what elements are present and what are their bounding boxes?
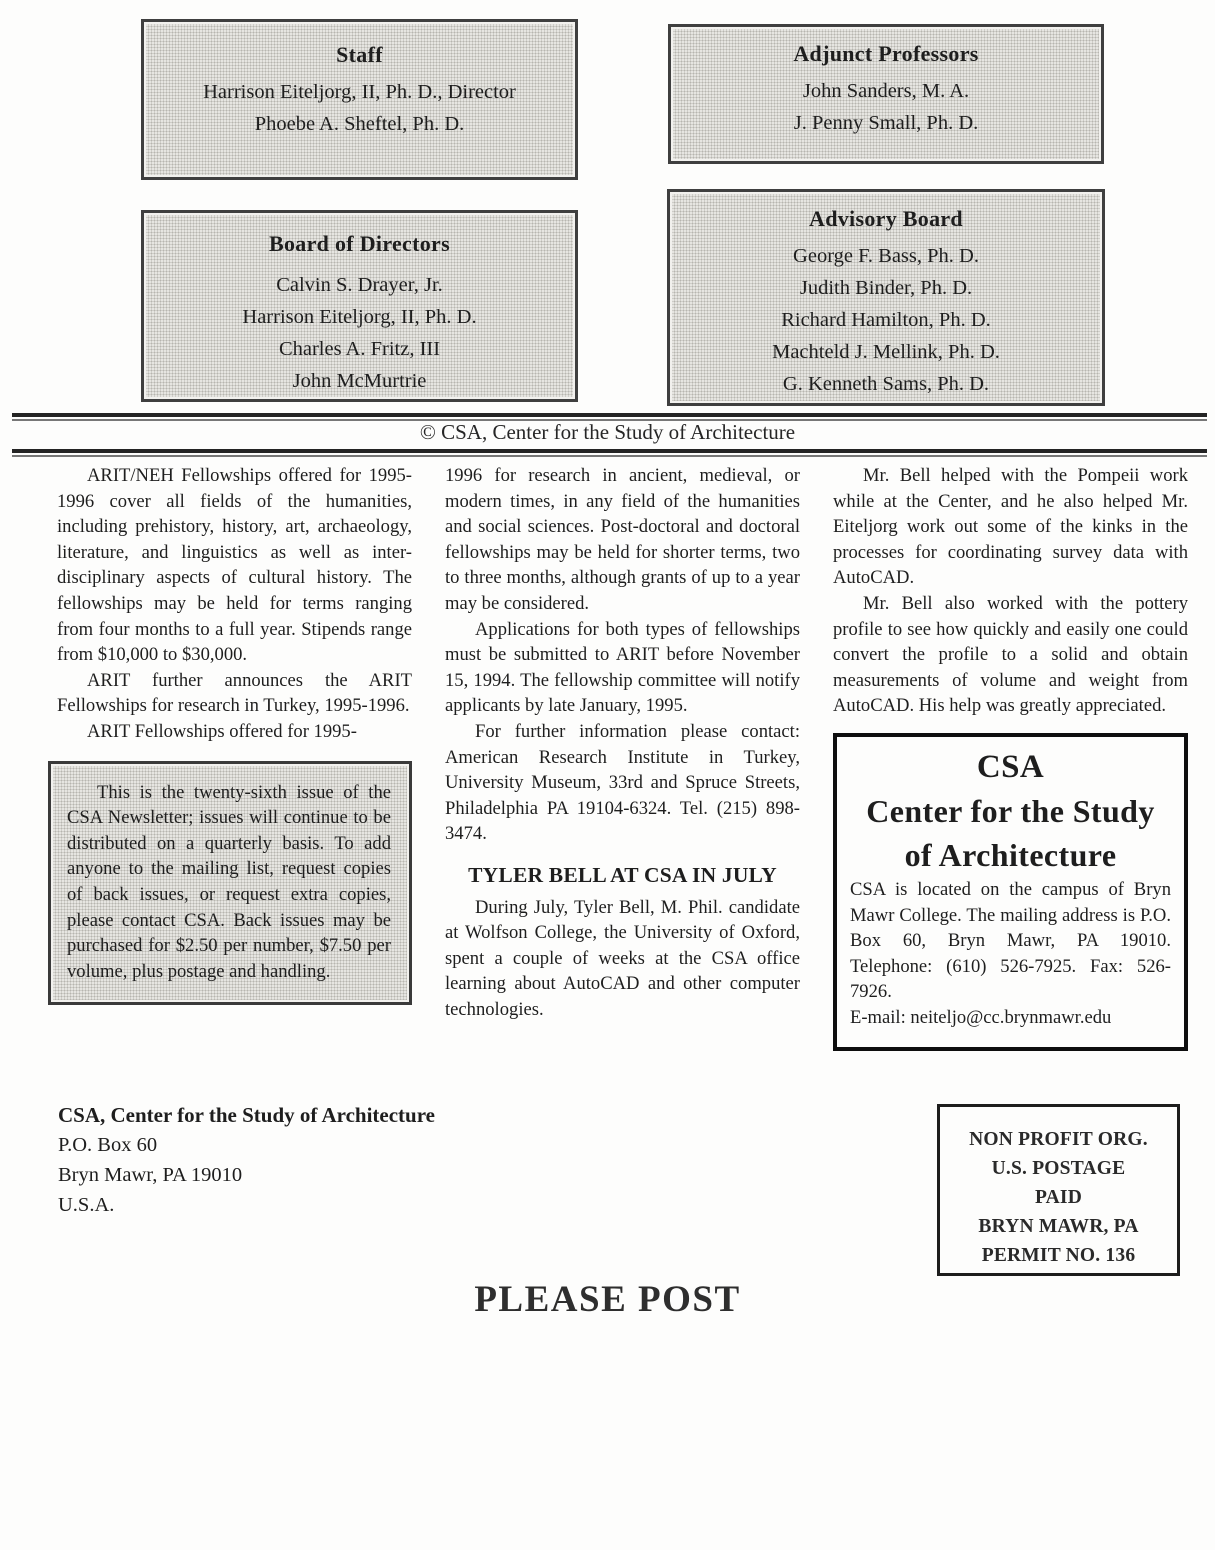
advisory-member: Judith Binder, Ph. D. <box>670 272 1102 304</box>
staff-member: Phoebe A. Sheftel, Ph. D. <box>144 108 575 140</box>
postage-line: PAID <box>940 1183 1177 1212</box>
adjunct-professors-box: Adjunct Professors John Sanders, M. A. J… <box>668 24 1104 164</box>
postage-line: NON PROFIT ORG. <box>940 1125 1177 1154</box>
adjunct-title: Adjunct Professors <box>671 41 1101 67</box>
board-member: John McMurtrie <box>144 365 575 397</box>
tyler-bell-paragraph: During July, Tyler Bell, M. Phil. candid… <box>445 895 800 1023</box>
fellowship-paragraph: ARIT/NEH Fellowships offered for 1995-19… <box>57 463 412 668</box>
fellowship-paragraph: ARIT Fellowships offered for 1995- <box>57 719 412 745</box>
advisory-member: Machteld J. Mellink, Ph. D. <box>670 336 1102 368</box>
postage-line: U.S. POSTAGE <box>940 1154 1177 1183</box>
newsletter-page: Staff Harrison Eiteljorg, II, Ph. D., Di… <box>0 0 1215 1550</box>
please-post-label: PLEASE POST <box>0 1278 1215 1321</box>
newsletter-notice-text: This is the twenty-sixth issue of the CS… <box>67 780 391 985</box>
advisory-member: G. Kenneth Sams, Ph. D. <box>670 368 1102 400</box>
board-member: Calvin S. Drayer, Jr. <box>144 269 575 301</box>
article-columns: ARIT/NEH Fellowships offered for 1995-19… <box>57 463 1187 1051</box>
fellowship-paragraph: ARIT further announces the ARIT Fellowsh… <box>57 668 412 719</box>
staff-member: Harrison Eiteljorg, II, Ph. D., Director <box>144 76 575 108</box>
advisory-member: George F. Bass, Ph. D. <box>670 240 1102 272</box>
csa-title-line: of Architecture <box>850 833 1171 877</box>
column-3: Mr. Bell helped with the Pompeii work wh… <box>833 463 1188 1051</box>
staff-title: Staff <box>144 42 575 68</box>
column-1: ARIT/NEH Fellowships offered for 1995-19… <box>57 463 412 1051</box>
postage-line: PERMIT NO. 136 <box>940 1241 1177 1270</box>
csa-title-line: CSA <box>850 745 1171 789</box>
tyler-bell-paragraph: Mr. Bell also worked with the pottery pr… <box>833 591 1188 719</box>
board-member: Charles A. Fritz, III <box>144 333 575 365</box>
advisory-title: Advisory Board <box>670 206 1102 232</box>
board-member: Harrison Eiteljorg, II, Ph. D. <box>144 301 575 333</box>
return-address-org: CSA, Center for the Study of Architectur… <box>58 1100 435 1130</box>
tyler-bell-paragraph: Mr. Bell helped with the Pompeii work wh… <box>833 463 1188 591</box>
fellowship-paragraph: Applications for both types of fellowshi… <box>445 617 800 719</box>
csa-info-box-body: CSA is located on the campus of Bryn Maw… <box>850 877 1171 1005</box>
staff-box: Staff Harrison Eiteljorg, II, Ph. D., Di… <box>141 19 578 180</box>
tyler-bell-heading: TYLER BELL AT CSA IN JULY <box>445 863 800 889</box>
return-address-line: Bryn Mawr, PA 19010 <box>58 1160 435 1190</box>
adjunct-member: J. Penny Small, Ph. D. <box>671 107 1101 139</box>
column-2: 1996 for research in ancient, medieval, … <box>445 463 800 1051</box>
fellowship-paragraph: For further information please contact: … <box>445 719 800 847</box>
return-address-block: CSA, Center for the Study of Architectur… <box>58 1100 435 1220</box>
csa-title-line: Center for the Study <box>850 789 1171 833</box>
csa-email-line: E-mail: neiteljo@cc.brynmawr.edu <box>850 1005 1171 1031</box>
return-address-line: P.O. Box 60 <box>58 1130 435 1160</box>
postage-permit-box: NON PROFIT ORG. U.S. POSTAGE PAID BRYN M… <box>937 1104 1180 1276</box>
advisory-member: Richard Hamilton, Ph. D. <box>670 304 1102 336</box>
adjunct-member: John Sanders, M. A. <box>671 75 1101 107</box>
newsletter-notice-box: This is the twenty-sixth issue of the CS… <box>48 761 412 1006</box>
postage-line: BRYN MAWR, PA <box>940 1212 1177 1241</box>
csa-info-box-title: CSA Center for the Study of Architecture <box>850 745 1171 877</box>
board-of-directors-box: Board of Directors Calvin S. Drayer, Jr.… <box>141 210 578 402</box>
return-address-line: U.S.A. <box>58 1190 435 1220</box>
advisory-board-box: Advisory Board George F. Bass, Ph. D. Ju… <box>667 189 1105 406</box>
fellowship-paragraph: 1996 for research in ancient, medieval, … <box>445 463 800 617</box>
csa-info-box: CSA Center for the Study of Architecture… <box>833 733 1188 1051</box>
board-title: Board of Directors <box>144 231 575 257</box>
copyright-line: © CSA, Center for the Study of Architect… <box>0 420 1215 445</box>
divider-rule-bottom <box>12 449 1207 457</box>
